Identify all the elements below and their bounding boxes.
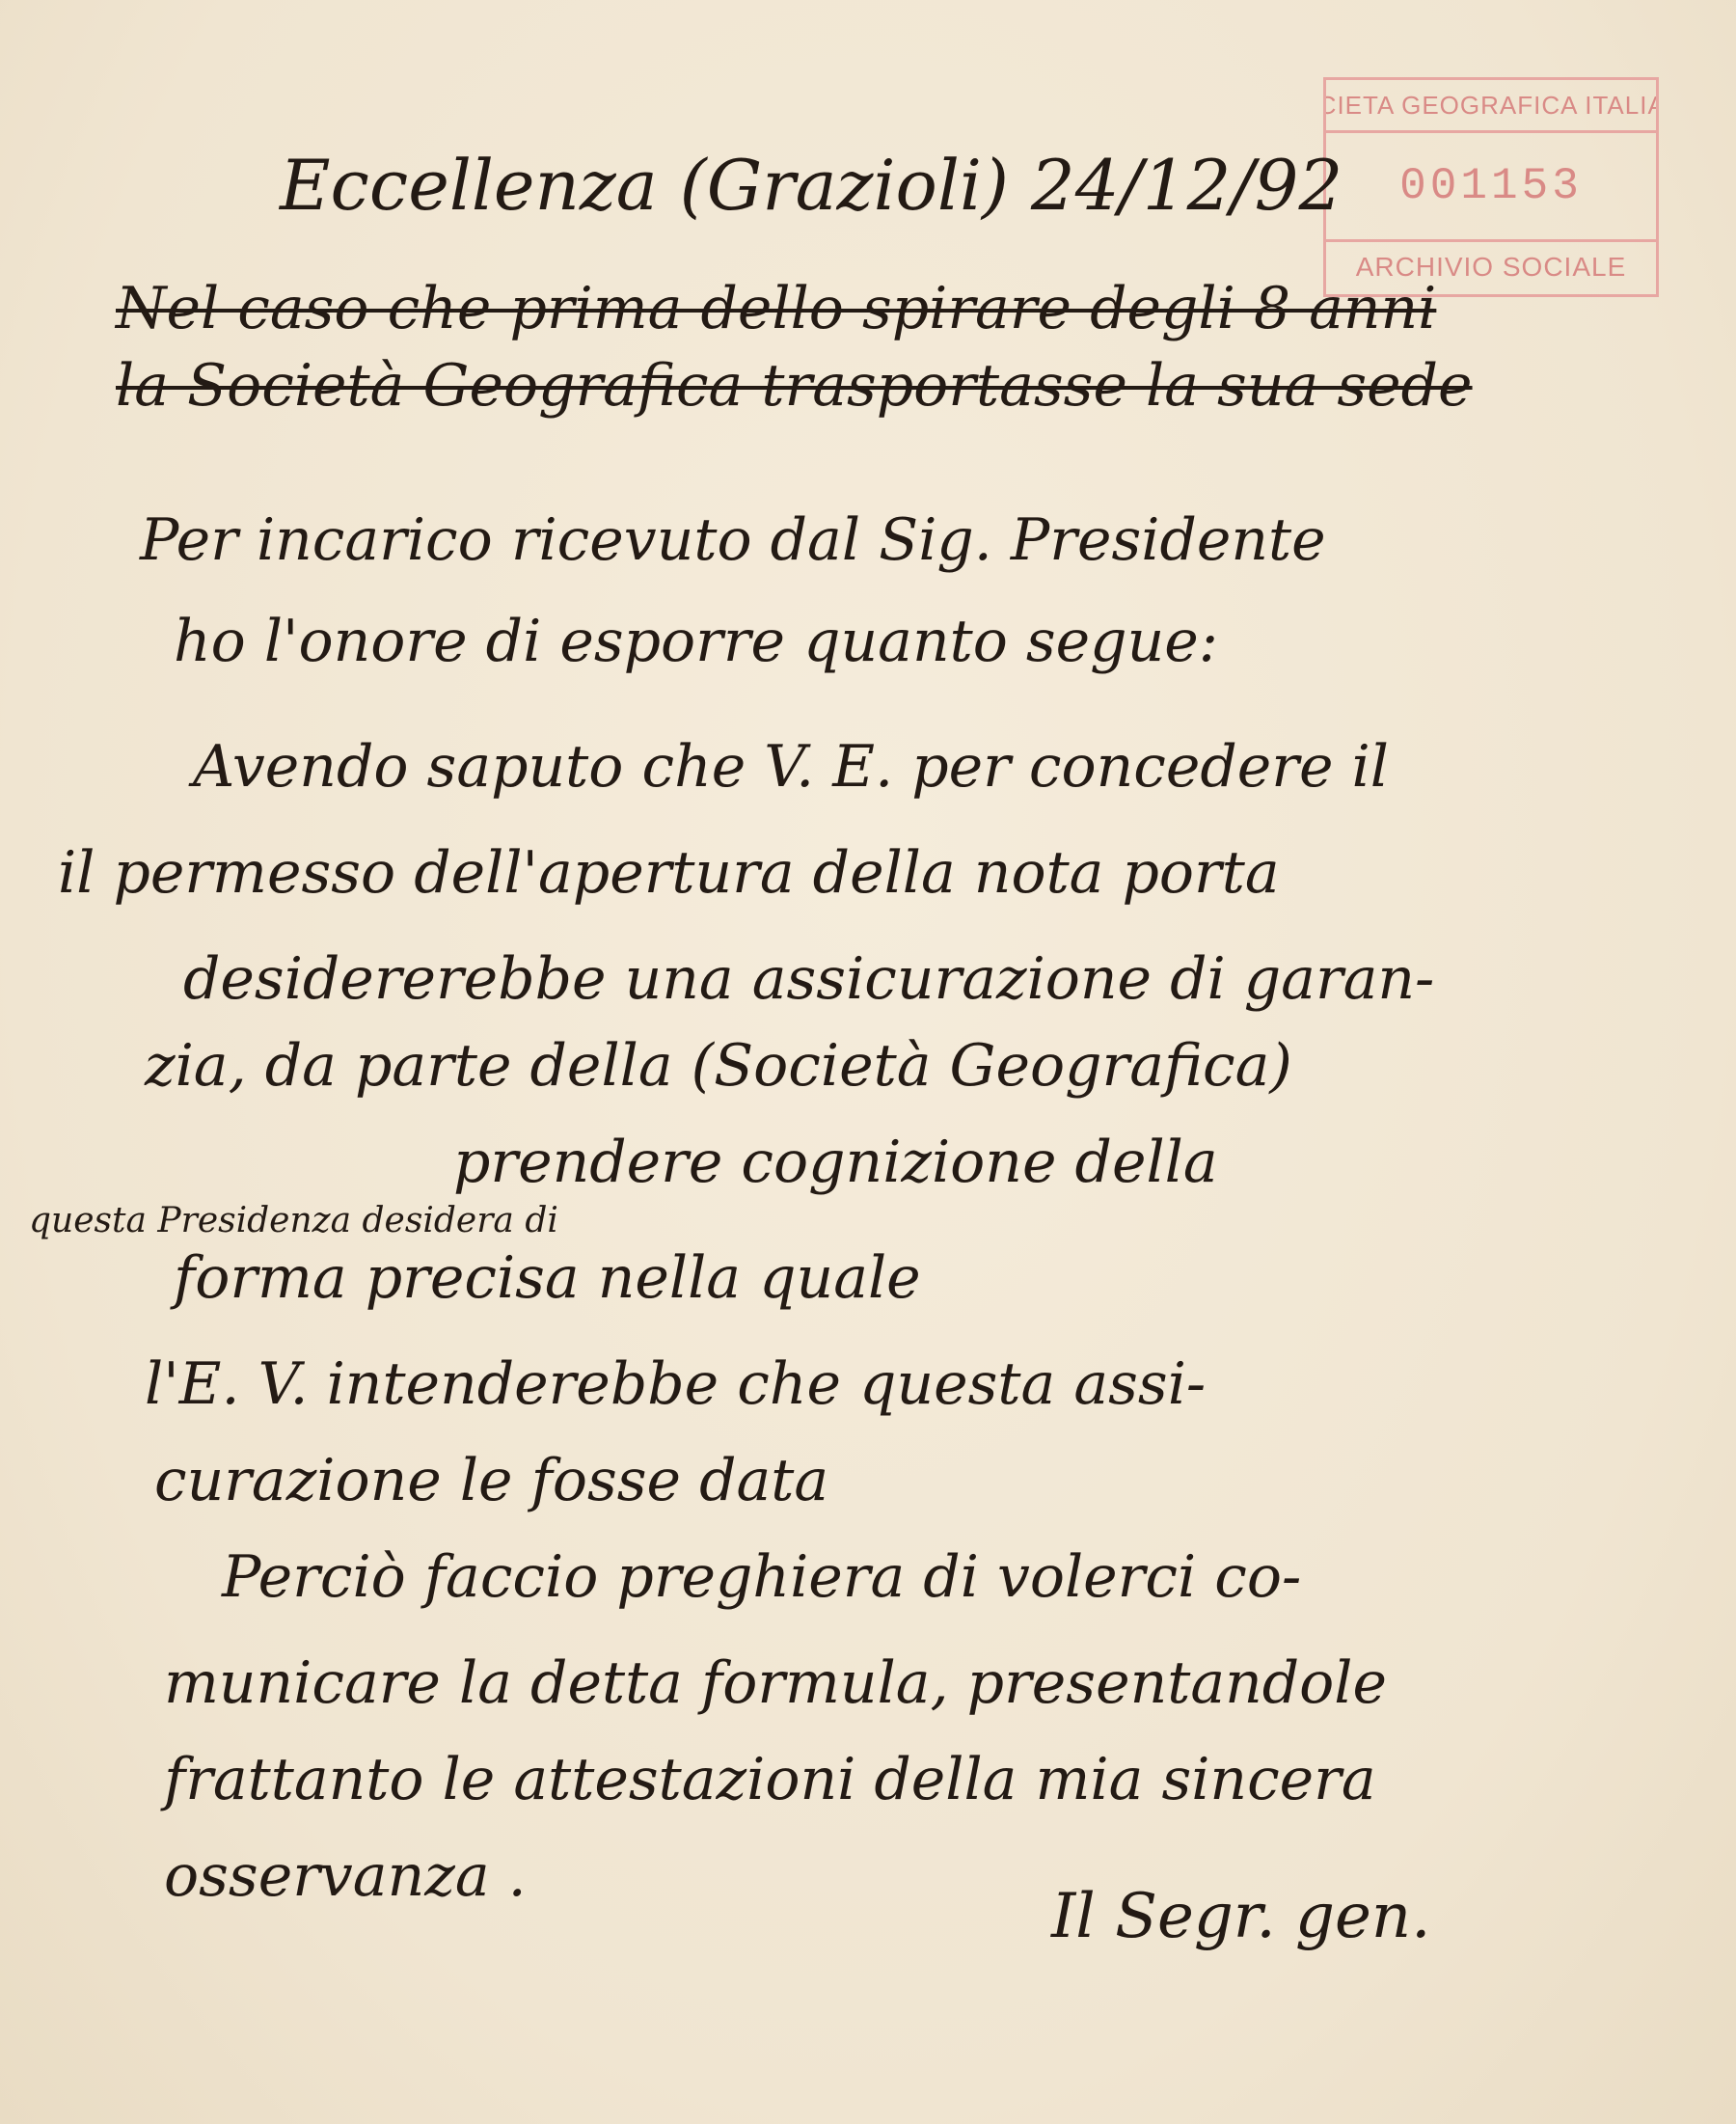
archive-stamp: SOCIETA GEOGRAFICA ITALIANA 001153 ARCHI… xyxy=(1323,77,1659,297)
body-line-10: curazione le fosse data xyxy=(154,1447,828,1514)
body-line-11: Perciò faccio preghiera di volerci co- xyxy=(222,1543,1301,1611)
letter-heading: Eccellenza (Grazioli) 24/12/92 xyxy=(280,145,1343,226)
body-line-1: Per incarico ricevuto dal Sig. President… xyxy=(140,506,1326,574)
body-line-3: Avendo saputo che V. E. per concedere il xyxy=(193,733,1389,801)
body-line-4: il permesso dell'apertura della nota por… xyxy=(58,839,1280,907)
stamp-org: SOCIETA GEOGRAFICA ITALIANA xyxy=(1326,80,1656,133)
body-line-13: frattanto le attestazioni della mia sinc… xyxy=(164,1746,1376,1813)
body-line-14: osservanza . xyxy=(164,1842,527,1910)
body-line-12: municare la detta formula, presentandole xyxy=(164,1649,1387,1717)
body-line-9: l'E. V. intenderebbe che questa assi- xyxy=(145,1350,1206,1418)
body-line-8: forma precisa nella quale xyxy=(174,1244,921,1312)
body-line-6: zia, da parte della (Società Geografica) xyxy=(145,1032,1292,1100)
struck-line-1: Nel caso che prima dello spirare degli 8… xyxy=(116,275,1436,342)
struck-line-2: la Società Geografica trasportasse la su… xyxy=(116,352,1473,420)
body-line-2: ho l'onore di esporre quanto segue: xyxy=(174,608,1218,675)
stamp-number: 001153 xyxy=(1326,133,1656,239)
body-line-5: desidererebbe una assicurazione di garan… xyxy=(183,945,1434,1013)
body-line-7: prendere cognizione della xyxy=(453,1129,1218,1196)
signature: Il Segr. gen. xyxy=(1051,1881,1430,1952)
body-line-insert: questa Presidenza desidera di xyxy=(29,1201,558,1240)
